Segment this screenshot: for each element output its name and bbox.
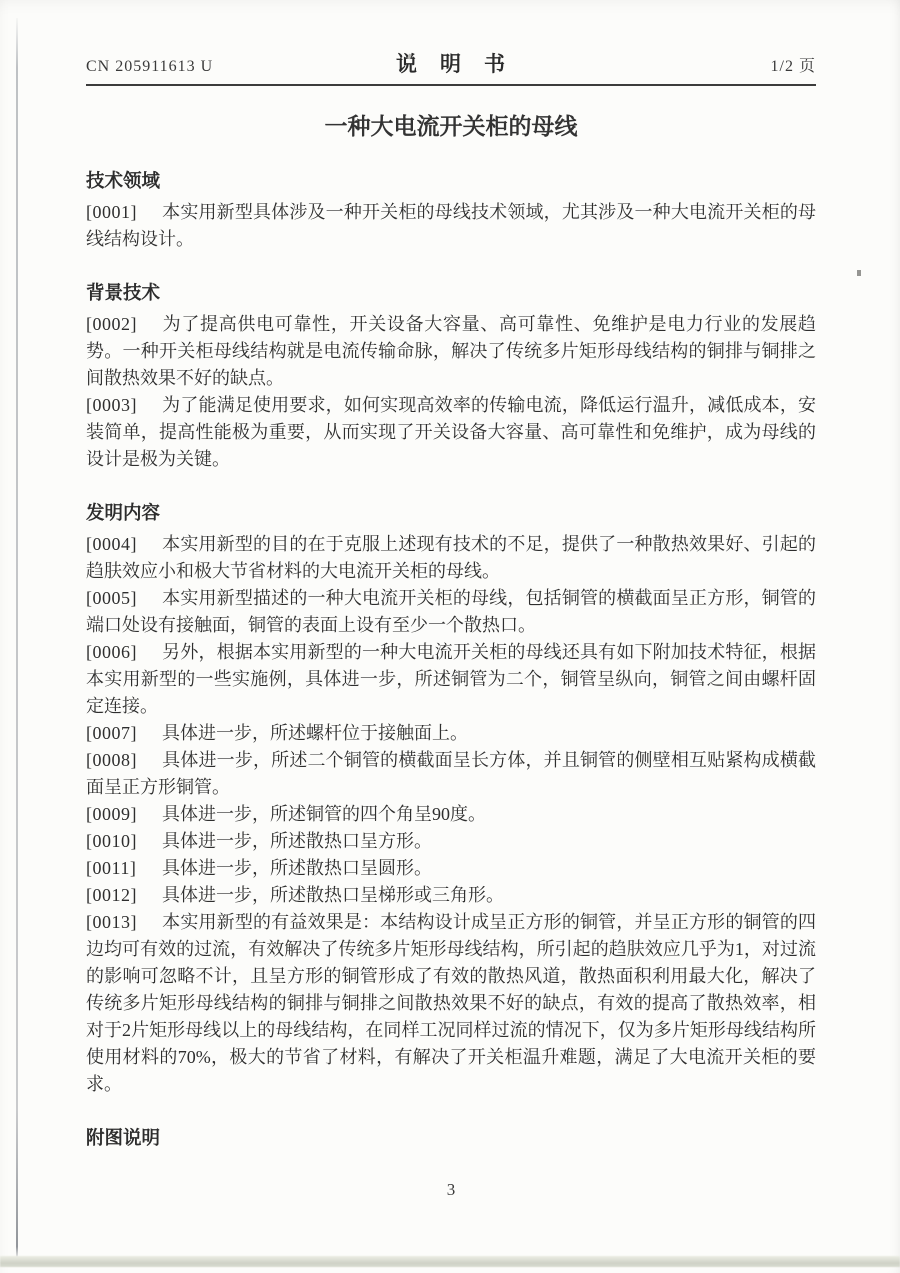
paragraph-0007: [0007]具体进一步，所述螺杆位于接触面上。 <box>86 720 816 747</box>
scan-bottom-shadow <box>0 1256 900 1267</box>
section-background-art: 背景技术 [0002]为了提高供电可靠性，开关设备大容量、高可靠性、免维护是电力… <box>86 279 816 473</box>
paragraph-number: [0008] <box>86 747 138 774</box>
paragraph-number: [0004] <box>86 531 138 558</box>
page-header: CN 205911613 U 说 明 书 1/2 页 <box>86 0 816 78</box>
paragraph-number: [0012] <box>86 882 138 909</box>
section-heading-brief-description-of-drawings: 附图说明 <box>86 1124 816 1150</box>
paragraph-text: 具体进一步，所述散热口呈方形。 <box>162 831 432 851</box>
paragraph-text: 本实用新型的有益效果是：本结构设计成呈正方形的铜管，并呈正方形的铜管的四边均可有… <box>86 912 816 1094</box>
section-heading-background-art: 背景技术 <box>86 279 816 305</box>
patent-specification-page: CN 205911613 U 说 明 书 1/2 页 一种大电流开关柜的母线 技… <box>0 0 900 1273</box>
header-rule <box>86 84 816 86</box>
document-number: CN 205911613 U <box>86 58 396 76</box>
paragraph-text: 具体进一步，所述散热口呈圆形。 <box>162 858 432 878</box>
section-technical-field: 技术领域 [0001]本实用新型具体涉及一种开关柜的母线技术领域，尤其涉及一种大… <box>86 167 816 253</box>
paragraph-number: [0005] <box>86 585 138 612</box>
paragraph-0011: [0011]具体进一步，所述散热口呈圆形。 <box>86 855 816 882</box>
paragraph-0012: [0012]具体进一步，所述散热口呈梯形或三角形。 <box>86 882 816 909</box>
paragraph-text: 具体进一步，所述散热口呈梯形或三角形。 <box>162 885 504 905</box>
section-heading-technical-field: 技术领域 <box>86 167 816 193</box>
paragraph-number: [0009] <box>86 801 138 828</box>
paragraph-0009: [0009]具体进一步，所述铜管的四个角呈90度。 <box>86 801 816 828</box>
scan-edge-line <box>16 18 18 1259</box>
section-heading-summary-of-invention: 发明内容 <box>86 499 816 525</box>
section-brief-description-of-drawings: 附图说明 <box>86 1124 816 1150</box>
paragraph-number: [0010] <box>86 828 138 855</box>
paragraph-number: [0006] <box>86 639 138 666</box>
paragraph-0004: [0004]本实用新型的目的在于克服上述现有技术的不足，提供了一种散热效果好、引… <box>86 531 816 585</box>
page-number: 3 <box>447 1180 456 1199</box>
paragraph-number: [0013] <box>86 909 138 936</box>
paragraph-text: 具体进一步，所述螺杆位于接触面上。 <box>162 723 468 743</box>
paragraph-0005: [0005]本实用新型描述的一种大电流开关柜的母线，包括铜管的横截面呈正方形，铜… <box>86 585 816 639</box>
paragraph-text: 为了能满足使用要求，如何实现高效率的传输电流，降低运行温升，减低成本，安装简单，… <box>86 395 816 469</box>
page-indicator: 1/2 页 <box>506 53 816 76</box>
section-summary-of-invention: 发明内容 [0004]本实用新型的目的在于克服上述现有技术的不足，提供了一种散热… <box>86 499 816 1098</box>
paragraph-text: 本实用新型描述的一种大电流开关柜的母线，包括铜管的横截面呈正方形，铜管的端口处设… <box>86 588 816 635</box>
paragraph-number: [0002] <box>86 311 138 338</box>
paragraph-0003: [0003]为了能满足使用要求，如何实现高效率的传输电流，降低运行温升，减低成本… <box>86 392 816 473</box>
paragraph-text: 具体进一步，所述铜管的四个角呈90度。 <box>162 804 486 824</box>
paragraph-text: 具体进一步，所述二个铜管的横截面呈长方体，并且铜管的侧壁相互贴紧构成横截面呈正方… <box>86 750 816 797</box>
paragraph-text: 另外，根据本实用新型的一种大电流开关柜的母线还具有如下附加技术特征，根据本实用新… <box>86 642 816 716</box>
scan-speck <box>857 270 861 276</box>
paragraph-0013: [0013]本实用新型的有益效果是：本结构设计成呈正方形的铜管，并呈正方形的铜管… <box>86 909 816 1098</box>
paragraph-0010: [0010]具体进一步，所述散热口呈方形。 <box>86 828 816 855</box>
paragraph-number: [0001] <box>86 199 138 226</box>
paragraph-0008: [0008]具体进一步，所述二个铜管的横截面呈长方体，并且铜管的侧壁相互贴紧构成… <box>86 747 816 801</box>
paragraph-text: 本实用新型具体涉及一种开关柜的母线技术领域，尤其涉及一种大电流开关柜的母线结构设… <box>86 202 816 249</box>
paragraph-0002: [0002]为了提高供电可靠性，开关设备大容量、高可靠性、免维护是电力行业的发展… <box>86 311 816 392</box>
paragraph-0006: [0006]另外，根据本实用新型的一种大电流开关柜的母线还具有如下附加技术特征，… <box>86 639 816 720</box>
paragraph-number: [0011] <box>86 855 138 882</box>
page-content: CN 205911613 U 说 明 书 1/2 页 一种大电流开关柜的母线 技… <box>0 0 900 1200</box>
document-type-title: 说 明 书 <box>396 48 506 78</box>
paragraph-number: [0003] <box>86 392 138 419</box>
paragraph-text: 为了提高供电可靠性，开关设备大容量、高可靠性、免维护是电力行业的发展趋势。一种开… <box>86 314 816 388</box>
paragraph-0001: [0001]本实用新型具体涉及一种开关柜的母线技术领域，尤其涉及一种大电流开关柜… <box>86 199 816 253</box>
paragraph-number: [0007] <box>86 720 138 747</box>
paragraph-text: 本实用新型的目的在于克服上述现有技术的不足，提供了一种散热效果好、引起的趋肤效应… <box>86 534 816 581</box>
invention-title: 一种大电流开关柜的母线 <box>86 108 816 141</box>
page-footer: 3 <box>86 1180 816 1200</box>
